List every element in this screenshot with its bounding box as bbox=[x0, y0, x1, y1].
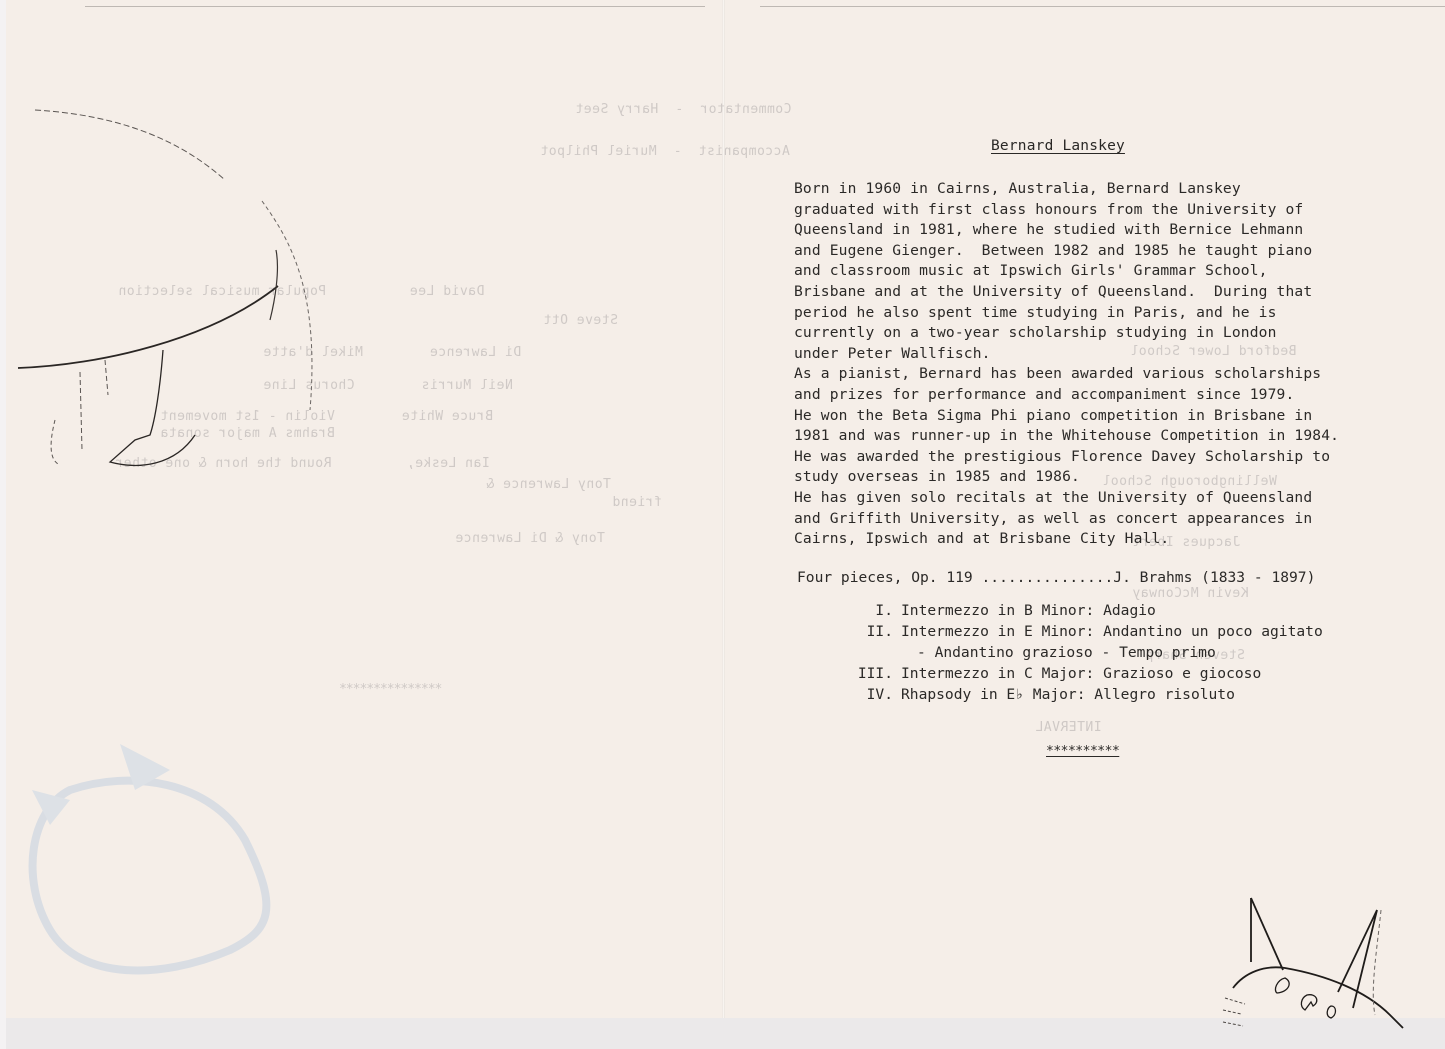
movement-item-continuation: - Andantino grazioso - Tempo primo bbox=[841, 642, 1323, 663]
bio-line: currently on a two-year scholarship stud… bbox=[794, 323, 1444, 344]
bleed-line: INTERVAL bbox=[1035, 720, 1102, 735]
bio-line: and Griffith University, as well as conc… bbox=[794, 509, 1444, 530]
bio-line: Cairns, Ipswich and at Brisbane City Hal… bbox=[794, 529, 1444, 550]
bio-line: As a pianist, Bernard has been awarded v… bbox=[794, 364, 1444, 385]
bio-line: and Eugene Gienger. Between 1982 and 198… bbox=[794, 241, 1444, 262]
bleed-stars: *************** bbox=[340, 682, 442, 697]
bio-line: Queensland in 1981, where he studied wit… bbox=[794, 220, 1444, 241]
movement-title: Rhapsody in E♭ Major: Allegro risoluto bbox=[901, 684, 1235, 705]
movement-item: I. Intermezzo in B Minor: Adagio bbox=[841, 600, 1323, 621]
bio-line: under Peter Wallfisch. bbox=[794, 344, 1444, 365]
movement-number: II. bbox=[841, 621, 893, 642]
bleed-line: friend bbox=[612, 495, 662, 510]
movement-title: Intermezzo in C Major: Grazioso e giocos… bbox=[901, 663, 1261, 684]
top-edge-line-right bbox=[760, 6, 1445, 7]
bleed-line: Commentator - Harry Seet bbox=[575, 102, 792, 117]
bleed-line: Tony Lawrence & bbox=[486, 477, 611, 492]
movement-item: IV. Rhapsody in E♭ Major: Allegro risolu… bbox=[841, 684, 1323, 705]
bleed-line: Tony & Di Lawrence bbox=[455, 531, 605, 546]
movement-title: Intermezzo in B Minor: Adagio bbox=[901, 600, 1156, 621]
section-separator: ********** bbox=[1046, 744, 1119, 759]
movement-item: II. Intermezzo in E Minor: Andantino un … bbox=[841, 621, 1323, 642]
bio-line: and prizes for performance and accompani… bbox=[794, 385, 1444, 406]
faded-cat-bleed-icon bbox=[10, 730, 310, 990]
movement-list: I. Intermezzo in B Minor: Adagio II. Int… bbox=[841, 600, 1323, 705]
bio-line: graduated with first class honours from … bbox=[794, 200, 1444, 221]
bleed-line: Kevin McConway bbox=[1132, 586, 1249, 601]
movement-item: III. Intermezzo in C Major: Grazioso e g… bbox=[841, 663, 1323, 684]
movement-number bbox=[841, 642, 893, 663]
cat-sketch-icon bbox=[1205, 880, 1445, 1030]
bio-line: He has given solo recitals at the Univer… bbox=[794, 488, 1444, 509]
movement-title: Intermezzo in E Minor: Andantino un poco… bbox=[901, 621, 1323, 642]
bio-line: study overseas in 1985 and 1986. bbox=[794, 467, 1444, 488]
bio-line: He won the Beta Sigma Phi piano competit… bbox=[794, 406, 1444, 427]
bleed-line: Steve Ott bbox=[543, 313, 618, 328]
bio-line: Born in 1960 in Cairns, Australia, Berna… bbox=[794, 179, 1444, 200]
bleed-line: Accompanist - Muriel Philpot bbox=[540, 144, 790, 159]
bio-line: period he also spent time studying in Pa… bbox=[794, 303, 1444, 324]
movement-number: III. bbox=[841, 663, 893, 684]
movement-title: - Andantino grazioso - Tempo primo bbox=[917, 642, 1216, 663]
movement-number: IV. bbox=[841, 684, 893, 705]
movement-number: I. bbox=[841, 600, 893, 621]
animal-sketch-icon bbox=[0, 90, 340, 490]
programme-work-title: Four pieces, Op. 119 ...............J. B… bbox=[797, 569, 1315, 586]
top-edge-line-left bbox=[85, 6, 705, 7]
performer-bio: Born in 1960 in Cairns, Australia, Berna… bbox=[794, 179, 1444, 550]
bio-line: He was awarded the prestigious Florence … bbox=[794, 447, 1444, 468]
bio-line: and classroom music at Ipswich Girls' Gr… bbox=[794, 261, 1444, 282]
bio-line: Brisbane and at the University of Queens… bbox=[794, 282, 1444, 303]
performer-heading: Bernard Lanskey bbox=[991, 138, 1125, 154]
bio-line: 1981 and was runner-up in the Whitehouse… bbox=[794, 426, 1444, 447]
